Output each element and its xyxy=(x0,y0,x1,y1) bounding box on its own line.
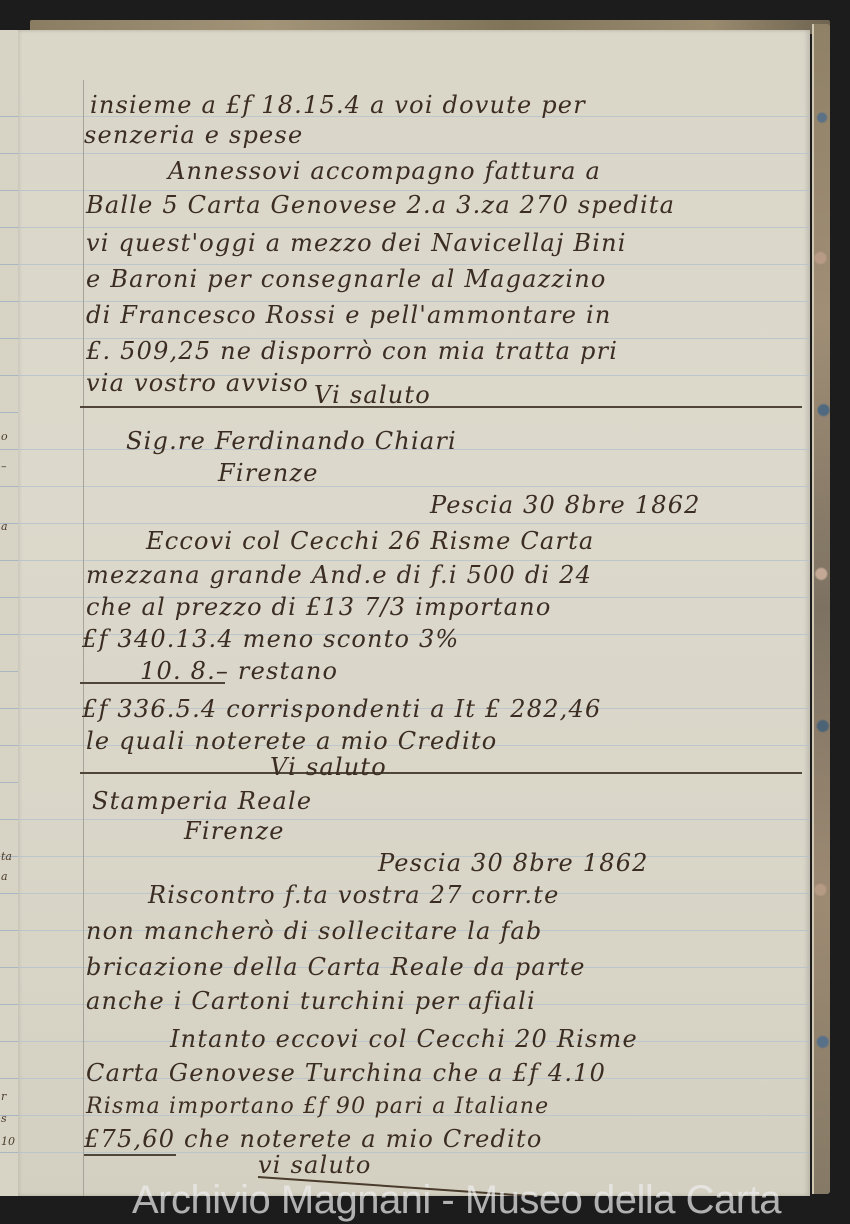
text-line: insieme a £f 18.15.4 a voi dovute per xyxy=(90,90,586,120)
text-line: Risma importano £f 90 pari a Italiane xyxy=(86,1092,549,1122)
facing-page-fragment: a xyxy=(1,520,8,533)
text-line: Balle 5 Carta Genovese 2.a 3.za 270 sped… xyxy=(86,190,675,220)
letter-divider xyxy=(80,772,802,774)
text-line: £f 336.5.4 corrispondenti a It £ 282,46 xyxy=(82,694,601,724)
text-line: Annessovi accompagno fattura a xyxy=(168,156,601,186)
text-line: vi quest'oggi a mezzo dei Navicellaj Bin… xyxy=(86,228,627,258)
addressee: Sig.re Ferdinando Chiari xyxy=(126,426,457,456)
closing-salutation: Vi saluto xyxy=(314,380,431,410)
facing-page-fragment: a xyxy=(1,870,8,883)
dateline: Pescia 30 8bre 1862 xyxy=(430,490,701,520)
text-line: non mancherò di sollecitare la fab xyxy=(86,916,543,946)
text-line: mezzana grande And.e di f.i 500 di 24 xyxy=(86,560,592,590)
text-line: di Francesco Rossi e pell'ammontare in xyxy=(86,300,612,330)
text-line: Eccovi col Cecchi 26 Risme Carta xyxy=(146,526,594,556)
addressee: Stamperia Reale xyxy=(92,786,312,816)
addressee-city: Firenze xyxy=(184,816,285,846)
letter-divider xyxy=(80,406,802,408)
text-line: Carta Genovese Turchina che a £f 4.10 xyxy=(86,1058,606,1088)
archive-watermark: Archivio Magnani - Museo della Carta xyxy=(132,1176,781,1224)
text-line: Riscontro f.ta vostra 27 corr.te xyxy=(148,880,559,910)
facing-page-edge: o – a ta a r s 10 xyxy=(0,30,19,1196)
scanned-document: o – a ta a r s 10 insieme a £f 18.15.4 a… xyxy=(0,0,850,1224)
facing-page-fragment: r xyxy=(1,1090,6,1103)
facing-page-fragment: – xyxy=(1,460,7,473)
text-line: senzeria e spese xyxy=(84,120,303,150)
facing-page-fragment: o xyxy=(1,430,8,443)
text-line: bricazione della Carta Reale da parte xyxy=(86,952,586,982)
addressee-city: Firenze xyxy=(218,458,319,488)
amount-underline xyxy=(84,1154,176,1156)
text-line: £f 340.13.4 meno sconto 3% xyxy=(82,624,459,654)
text-line: via vostro avviso xyxy=(86,368,309,398)
marbled-book-edge xyxy=(812,24,830,1194)
facing-page-fragment: s xyxy=(1,1112,7,1125)
text-line: £. 509,25 ne disporrò con mia tratta pri xyxy=(86,336,618,366)
facing-page-fragment: 10 xyxy=(1,1135,15,1148)
letterbook-page: insieme a £f 18.15.4 a voi dovute per se… xyxy=(18,30,810,1196)
closing-salutation: Vi saluto xyxy=(270,752,387,782)
dateline: Pescia 30 8bre 1862 xyxy=(378,848,649,878)
text-line: Intanto eccovi col Cecchi 20 Risme xyxy=(170,1024,638,1054)
text-line: che al prezzo di £13 7/3 importano xyxy=(86,592,552,622)
facing-page-fragment: ta xyxy=(1,850,12,863)
text-line: anche i Cartoni turchini per afiali xyxy=(86,986,536,1016)
text-line: 10. 8.– restano xyxy=(140,656,338,686)
text-line: e Baroni per consegnarle al Magazzino xyxy=(86,264,607,294)
